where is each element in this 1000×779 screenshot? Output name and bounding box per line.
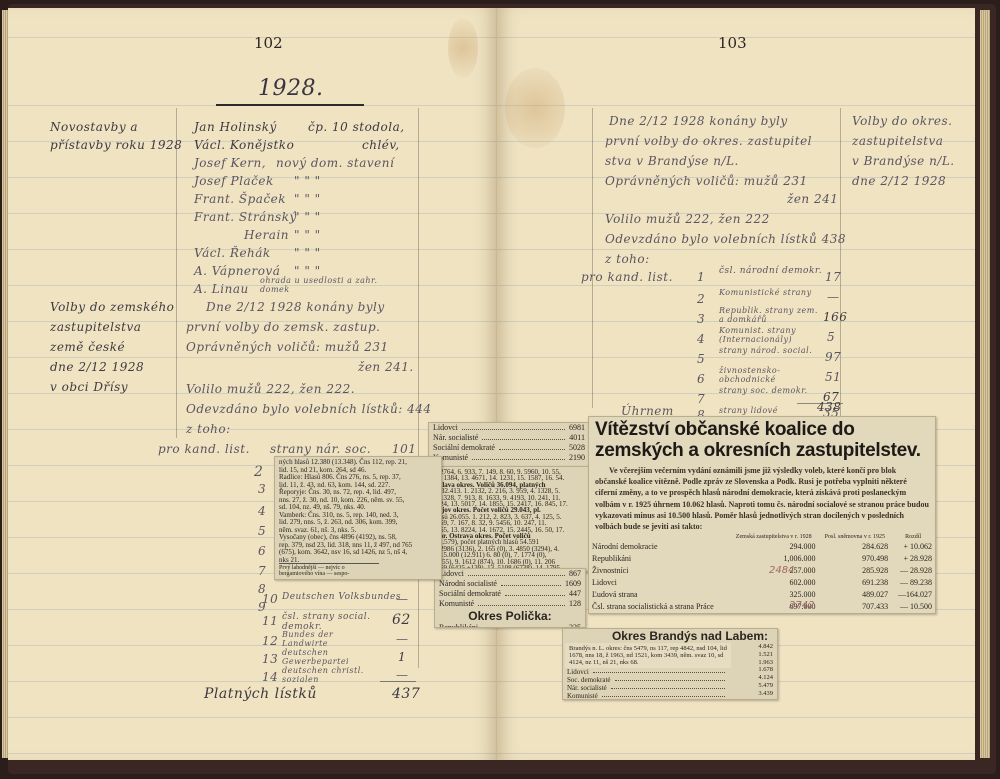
election-text: první volby do okres. zastupitel	[605, 134, 812, 148]
tally-row: Lidovci	[563, 668, 733, 676]
result-party: čsl. národní demokr.	[719, 266, 822, 276]
result-votes: 5	[827, 330, 835, 344]
result-party: strany národ. social.	[719, 346, 819, 355]
election-text: z toho:	[605, 252, 650, 266]
votes-1925: 284.628	[819, 541, 892, 553]
clipping-municipal-results: ných hlasů 12.380 (13.348). Čns 112, rep…	[274, 456, 442, 580]
clipping-main-article: Vítězství občanské koalice do zemských a…	[588, 416, 936, 614]
section-label: v obci Dřísy	[50, 380, 128, 394]
difference: —164.027	[891, 589, 935, 601]
column-divider	[418, 108, 419, 668]
clipping-top-middle: Lidovci6981 Nár. socialisté4011 Sociální…	[428, 422, 590, 468]
votes-1925: 691.238	[819, 577, 892, 589]
votes-1925: 970.498	[819, 553, 892, 565]
entry-name: Václ. Konějstko	[194, 138, 294, 152]
result-votes: —	[396, 592, 409, 606]
result-no: 6	[697, 372, 705, 386]
result-no: 7	[697, 392, 705, 406]
result-votes: 17	[825, 270, 841, 284]
party-name: Čsl. strana socialistická a strana Práce	[589, 601, 729, 613]
table-row: Ľudová strana325.000489.027—164.027	[589, 589, 935, 601]
party-name: Národní socialisté	[439, 579, 497, 589]
result-no: 7	[258, 564, 266, 578]
entry-name: A. Linau	[194, 282, 249, 296]
result-votes: 97	[825, 350, 841, 364]
result-party: deutschen Gewerbepartei	[282, 648, 382, 666]
side-label: Volby do okres.	[852, 114, 952, 128]
page-number: 103	[718, 34, 747, 52]
entry-name: Jan Holinský	[194, 120, 277, 134]
party-name: Republikáni	[439, 623, 478, 628]
election-text: první volby do zemsk. zastup.	[186, 320, 380, 334]
party-votes: 5.479	[733, 682, 773, 690]
election-text: Dne 2/12 1928 konány byly	[206, 300, 385, 314]
election-text: Volilo mužů 222, žen 222.	[186, 382, 355, 396]
tally-row: Soc. demokraté	[563, 676, 733, 684]
result-votes: 101	[392, 442, 416, 456]
election-text: Oprávněných voličů: mužů 231	[605, 174, 808, 188]
clipping-district-results: 5. 2764, 6. 933, 7. 149, 8. 60, 9. 5960,…	[428, 466, 592, 572]
votes-1928: 1,006.000	[729, 553, 819, 565]
votes-1925: 489.027	[819, 589, 892, 601]
party-name: Nár. socialisté	[433, 433, 478, 443]
result-no: 10	[262, 592, 278, 606]
tally-row: Nár. socialisté4011	[429, 433, 589, 443]
result-party: živnostensko-obchodnické	[719, 366, 819, 384]
result-no: 2	[254, 464, 263, 480]
advert-footer: Prvý lahodnější — nejvíc o bergamiového …	[279, 563, 379, 577]
page-edges-right	[980, 10, 990, 758]
difference: — 10.500	[891, 601, 935, 613]
clipping-policka: Lidovci867 Národní socialisté1609 Sociál…	[434, 568, 586, 628]
result-votes: 51	[825, 370, 841, 384]
pencil-note: 2742	[789, 600, 814, 611]
party-name: Soc. dem.	[589, 613, 729, 614]
section-label: přístavby roku 1928	[50, 138, 182, 152]
party-votes: 1.678	[733, 666, 773, 674]
stain	[448, 18, 478, 78]
article-headline: Vítězství občanské koalice do zemských a…	[589, 417, 935, 463]
column-divider	[592, 108, 593, 408]
entry-note: nový dom. stavení	[276, 156, 394, 170]
votes-1925: 630.894	[819, 613, 892, 614]
table-row: Čsl. strana socialistická a strana Práce…	[589, 601, 935, 613]
page-number: 102	[254, 34, 283, 52]
party-votes: 447	[569, 589, 581, 599]
result-votes: 1	[398, 650, 406, 664]
party-votes: 4011	[569, 433, 585, 443]
result-party: strany soc. demokr.	[719, 386, 819, 395]
difference: — 89.238	[891, 577, 935, 589]
entry-name: Frant. Stránský	[194, 210, 297, 224]
tally-row: Lidovci6981	[429, 423, 589, 433]
party-name: Lidovci	[439, 569, 464, 579]
entry-name: Frant. Špaček	[194, 192, 286, 206]
result-no: 11	[262, 614, 278, 628]
column-divider	[176, 108, 177, 438]
tally-row: Sociální demokraté5028	[429, 443, 589, 453]
result-no: 13	[262, 652, 278, 666]
result-party: strany nár. soc.	[270, 442, 371, 456]
result-no: 5	[697, 352, 705, 366]
sum-line	[380, 681, 416, 682]
party-name: Nár. socialisté	[567, 684, 607, 692]
entry-note: ohrada u usedlosti a zahr. domek	[260, 276, 410, 294]
party-votes: 128	[569, 599, 581, 609]
section-label: Volby do zemského	[50, 300, 174, 314]
entry-note: " " "	[294, 192, 321, 206]
section-label: zastupitelstva	[50, 320, 141, 334]
party-name: Soc. demokraté	[567, 676, 611, 684]
entry-note: " " "	[294, 228, 321, 242]
result-party: Komunist. strany (Internacionály)	[719, 326, 819, 344]
votes-1928: 294.000	[729, 541, 819, 553]
pencil-note: 2484	[769, 565, 794, 576]
election-text: Oprávněných voličů: mužů 231	[186, 340, 389, 354]
tally-row: Komunisté128	[435, 599, 585, 609]
election-text: stva v Brandýse n/L.	[605, 154, 739, 168]
entry-name: Václ. Řehák	[194, 246, 271, 260]
election-text: Volilo mužů 222, žen 222	[605, 212, 770, 226]
party-name: Sociální demokraté	[439, 589, 501, 599]
table-header: Zemská zastupitelstva v r. 1928	[729, 534, 819, 541]
election-text: Dne 2/12 1928 konány byly	[609, 114, 788, 128]
total-value: 438	[817, 400, 841, 414]
table-row: Lidovci602.000691.238— 89.238	[589, 577, 935, 589]
tally-row: Sociální demokraté447	[435, 589, 585, 599]
party-name: Komunisté	[567, 692, 598, 700]
difference: + 97.216	[891, 613, 935, 614]
side-label: v Brandýse n/L.	[852, 154, 955, 168]
election-text: žen 241.	[358, 360, 414, 374]
text-line: (675), kom. 3642, nsv 16, sd 1426, nz 5,…	[279, 549, 437, 557]
section-label: Novostavby a	[50, 120, 138, 134]
table-row: Živnostníci257.000285.928— 28.928	[589, 565, 935, 577]
table-row: Republikáni1,006.000970.498+ 28.928	[589, 553, 935, 565]
total-value: 437	[392, 686, 420, 702]
difference: — 28.928	[891, 565, 935, 577]
clipping-title: Okres Brandýs nad Labem:	[563, 629, 777, 643]
section-label: země české	[50, 340, 125, 354]
votes-1928: 728.000	[729, 613, 819, 614]
election-text: Odevzdáno bylo volebních lístků 438	[605, 232, 846, 246]
party-votes: 4.842	[733, 643, 773, 651]
entry-name: Herain	[244, 228, 289, 242]
tally-row: Národní socialisté1609	[435, 579, 585, 589]
left-page: 102 1928. Novostavby a přístavby roku 19…	[8, 8, 497, 760]
brandys-overlay-text: Brandýs n. L. okres: čns 5479, ns 117, r…	[565, 643, 731, 668]
party-votes: 5028	[569, 443, 585, 453]
party-votes: 2190	[569, 453, 585, 463]
article-lead: Ve včerejším večerním vydání oznámili js…	[589, 463, 935, 534]
entry-name: Josef Plaček	[194, 174, 274, 188]
entry-name: Josef Kern,	[194, 156, 266, 170]
clipping-text: 5. 2764, 6. 933, 7. 149, 8. 60, 9. 5960,…	[429, 467, 591, 572]
clipping-text: ných hlasů 12.380 (13.348). Čns 112, rep…	[275, 457, 441, 566]
result-no: 12	[262, 634, 278, 648]
difference: + 28.928	[891, 553, 935, 565]
votes-1925: 285.928	[819, 565, 892, 577]
year-underline	[216, 104, 364, 106]
result-party: Deutschen Volksbundes	[282, 592, 401, 602]
party-name: Lidovci	[589, 577, 729, 589]
party-votes: 4.124	[733, 674, 773, 682]
table-row: Soc. dem.728.000630.894+ 97.216	[589, 613, 935, 614]
party-votes: 3.439	[733, 690, 773, 698]
result-no: 4	[258, 504, 266, 518]
votes-1928: 602.000	[729, 577, 819, 589]
election-text: Odevzdáno bylo volebních lístků: 444	[186, 402, 432, 416]
side-label: zastupitelstva	[852, 134, 943, 148]
result-no: 1	[697, 270, 705, 284]
party-votes: 6981	[569, 423, 585, 433]
tally-row: Komunisté2190	[429, 453, 589, 463]
table-header: Rozdíl	[891, 534, 935, 541]
party-name: Republikáni	[589, 553, 729, 565]
votes-1925: 707.433	[819, 601, 892, 613]
difference: + 10.062	[891, 541, 935, 553]
tally-row: Lidovci867	[435, 569, 585, 579]
party-name: Ľudová strana	[589, 589, 729, 601]
party-name: Národní demokracie	[589, 541, 729, 553]
result-no: 2	[697, 292, 705, 306]
result-votes: —	[396, 632, 409, 646]
party-votes: 867	[569, 569, 581, 579]
section-label: dne 2/12 1928	[50, 360, 144, 374]
clipping-title: Okres Polička:	[435, 609, 585, 623]
result-no: 5	[258, 524, 266, 538]
result-party: čsl. strany social. demokr.	[282, 612, 382, 632]
year-heading: 1928.	[258, 76, 323, 101]
entry-note: " " "	[294, 246, 321, 260]
result-no: 14	[262, 670, 278, 684]
result-party: strany lidové	[719, 406, 778, 415]
entry-note: " " "	[294, 210, 321, 224]
result-party: Bundes der Landwirte	[282, 630, 382, 648]
party-name: Lidovci	[433, 423, 458, 433]
result-party: deutschen christl. sozialen	[282, 666, 382, 684]
result-votes: —	[396, 668, 409, 682]
election-text: z toho:	[186, 422, 231, 436]
table-row: Národní demokracie294.000284.628+ 10.062	[589, 541, 935, 553]
tally-row: Nár. socialisté	[563, 684, 733, 692]
result-no: 3	[258, 482, 266, 496]
entry-note: chlév,	[362, 138, 400, 152]
party-name: Komunisté	[439, 599, 474, 609]
tally-row: Komunisté	[563, 692, 733, 700]
party-name: Lidovci	[567, 668, 589, 676]
entry-note: čp. 10 stodola,	[308, 120, 405, 134]
result-votes: —	[827, 290, 840, 304]
party-name: Živnostníci	[589, 565, 729, 577]
total-label: Platných lístků	[204, 686, 317, 702]
election-text: žen 241	[787, 192, 838, 206]
result-no: 6	[258, 544, 266, 558]
result-party: Republik. strany zem. a domkářů	[719, 306, 819, 324]
results-prefix: pro kand. list.	[581, 270, 673, 284]
party-votes: 1609	[565, 579, 581, 589]
entry-note: " " "	[294, 174, 321, 188]
party-votes: 1.963	[733, 659, 773, 667]
result-no: 4	[697, 332, 705, 346]
results-table: Zemská zastupitelstva v r. 1928 Posl. sn…	[589, 534, 935, 614]
results-prefix: pro kand. list.	[158, 442, 250, 456]
result-party: Komunistické strany	[719, 288, 819, 297]
side-label: dne 2/12 1928	[852, 174, 946, 188]
table-header: Posl. sněmovna v r. 1925	[819, 534, 892, 541]
party-votes: 1.521	[733, 651, 773, 659]
table-header	[589, 534, 729, 541]
party-name: Sociální demokraté	[433, 443, 495, 453]
stain	[505, 68, 565, 148]
clipping-brandys: Okres Brandýs nad Labem: Brandýs n. L. o…	[562, 628, 778, 700]
result-votes: 166	[823, 310, 847, 324]
result-votes: 62	[392, 612, 411, 628]
result-no: 3	[697, 312, 705, 326]
